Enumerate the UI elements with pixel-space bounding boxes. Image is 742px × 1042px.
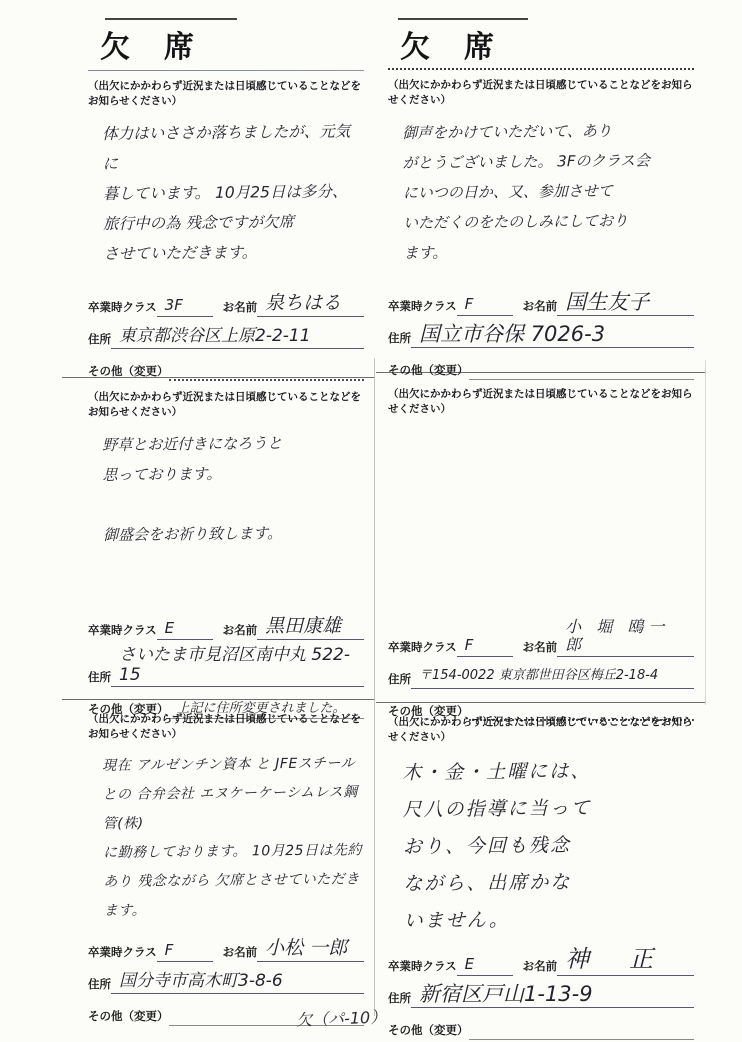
other-label: その他（変更） xyxy=(88,1008,169,1026)
class-name-row: 卒業時クラス F お名前 国生友子 xyxy=(388,290,694,316)
address-label: 住所 xyxy=(88,669,111,687)
instruction-text: （出欠にかかわらず近況または日頃感じていることなどをお知らせください） xyxy=(388,387,694,417)
scanned-document-page: 欠 席 （出欠にかかわらず近況または日頃感じていることなどをお知らせください） … xyxy=(0,0,742,1042)
other-row: その他（変更） xyxy=(388,1014,694,1040)
class-label: 卒業時クラス xyxy=(88,299,157,317)
handwritten-message xyxy=(402,424,696,612)
other-label: その他（変更） xyxy=(88,363,169,381)
bottom-page-note: 欠（パ-10） xyxy=(296,1004,387,1030)
header-rule xyxy=(88,70,364,71)
name-value: 国生友子 xyxy=(557,290,694,316)
class-label: 卒業時クラス xyxy=(388,298,457,316)
address-value: 東京都渋谷区上原2-2-11 xyxy=(111,327,364,349)
address-row: 住所 新宿区戸山1-13-9 xyxy=(388,982,694,1008)
name-label: お名前 xyxy=(223,944,258,962)
address-label: 住所 xyxy=(388,671,411,689)
address-label: 住所 xyxy=(88,976,111,994)
name-label: お名前 xyxy=(523,639,558,657)
other-row: その他（変更） xyxy=(88,355,364,381)
address-value: 国立市谷保 7026-3 xyxy=(411,322,694,348)
name-value: 黒田康雄 xyxy=(257,616,364,640)
address-row: 住所 〒154-0022 東京都世田谷区梅丘2-18-4 xyxy=(388,663,694,689)
class-label: 卒業時クラス xyxy=(88,622,157,640)
instruction-text: （出欠にかかわらず近況または日頃感じていることなどをお知らせください） xyxy=(88,712,364,742)
class-label: 卒業時クラス xyxy=(88,944,157,962)
absence-card-top-right: 欠 席 （出欠にかかわらず近況または日頃感じていることなどをお知らせください） … xyxy=(376,20,706,380)
other-value xyxy=(169,366,365,381)
other-label: その他（変更） xyxy=(388,1022,469,1040)
name-value: 神 正 xyxy=(557,946,694,976)
class-value: E xyxy=(457,956,513,976)
class-value: 3F xyxy=(157,297,213,317)
absence-card-middle-right: （出欠にかかわらず近況または日頃感じていることなどをお知らせください） 卒業時ク… xyxy=(376,375,706,721)
absence-card-bottom-right: （出欠にかかわらず近況または日頃感じていることなどをお知らせください） 木・金・… xyxy=(376,705,706,1040)
address-label: 住所 xyxy=(88,331,111,349)
absence-title: 欠 席 xyxy=(100,30,364,66)
class-value: F xyxy=(457,296,513,316)
address-value: 国分寺市高木町3-8-6 xyxy=(111,972,364,994)
name-label: お名前 xyxy=(523,958,558,976)
column-divider-line xyxy=(374,358,375,1016)
handwritten-message: 御声をかけていただいて、あり がとうございました。 3Fのクラス会 にいつの日か… xyxy=(402,115,696,284)
other-value xyxy=(469,1026,695,1040)
absence-card-bottom-left: （出欠にかかわらず近況または日頃感じていることなどをお知らせください） 現在 ア… xyxy=(62,702,374,1026)
class-value: F xyxy=(157,942,213,962)
class-value: E xyxy=(157,620,213,640)
name-value: 小 堀 鴎一郎 xyxy=(557,618,694,657)
address-label: 住所 xyxy=(388,990,411,1008)
name-label: お名前 xyxy=(223,299,258,317)
address-value: 〒154-0022 東京都世田谷区梅丘2-18-4 xyxy=(411,669,694,689)
instruction-text: （出欠にかかわらず近況または日頃感じていることなどをお知らせください） xyxy=(88,390,364,420)
address-value: さいたま市見沼区南中丸 522-15 xyxy=(111,646,364,687)
class-label: 卒業時クラス xyxy=(388,639,457,657)
class-name-row: 卒業時クラス E お名前 神 正 xyxy=(388,946,694,976)
name-label: お名前 xyxy=(523,298,558,316)
handwritten-message: 体力はいささか落ちましたが、元気に 暮しています。 10月25日は多分、 旅行中… xyxy=(102,116,366,285)
absence-card-top-left: 欠 席 （出欠にかかわらず近況または日頃感じていることなどをお知らせください） … xyxy=(62,20,374,381)
absence-title: 欠 席 xyxy=(400,30,694,66)
class-label: 卒業時クラス xyxy=(388,958,457,976)
handwritten-message: 野草とお近付きになろうと 思っております。 御盛会をお祈り致します。 xyxy=(102,427,366,608)
class-name-row: 卒業時クラス F お名前 小 堀 鴎一郎 xyxy=(388,618,694,657)
class-name-row: 卒業時クラス E お名前 黒田康雄 xyxy=(88,614,364,640)
class-name-row: 卒業時クラス 3F お名前 泉ちはる xyxy=(88,291,364,317)
header-rule xyxy=(388,68,694,70)
name-label: お名前 xyxy=(223,622,258,640)
name-value: 小松 一郎 xyxy=(257,938,364,962)
name-value: 泉ちはる xyxy=(257,293,364,317)
address-row: 住所 さいたま市見沼区南中丸 522-15 xyxy=(88,646,364,687)
address-row: 住所 国立市谷保 7026-3 xyxy=(388,322,694,348)
handwritten-message: 木・金・土曜には、 尺八の指導に当って おり、今回も残念 ながら、出席かな いま… xyxy=(402,752,696,940)
address-row: 住所 東京都渋谷区上原2-2-11 xyxy=(88,323,364,349)
instruction-text: （出欠にかかわらず近況または日頃感じていることなどをお知らせください） xyxy=(388,715,694,745)
handwritten-message: 現在 アルゼンチン資本 と JFEスチール との 合弁会社 エヌケーケーシムレス… xyxy=(102,749,366,930)
class-name-row: 卒業時クラス F お名前 小松 一郎 xyxy=(88,936,364,962)
absence-card-middle-left: （出欠にかかわらず近況または日頃感じていることなどをお知らせください） 野草とお… xyxy=(62,380,374,719)
instruction-text: （出欠にかかわらず近況または日頃感じていることなどをお知らせください） xyxy=(388,78,694,108)
address-value: 新宿区戸山1-13-9 xyxy=(411,982,694,1008)
address-label: 住所 xyxy=(388,330,411,348)
address-row: 住所 国分寺市高木町3-8-6 xyxy=(88,968,364,994)
class-value: F xyxy=(457,637,513,657)
instruction-text: （出欠にかかわらず近況または日頃感じていることなどをお知らせください） xyxy=(88,79,364,109)
